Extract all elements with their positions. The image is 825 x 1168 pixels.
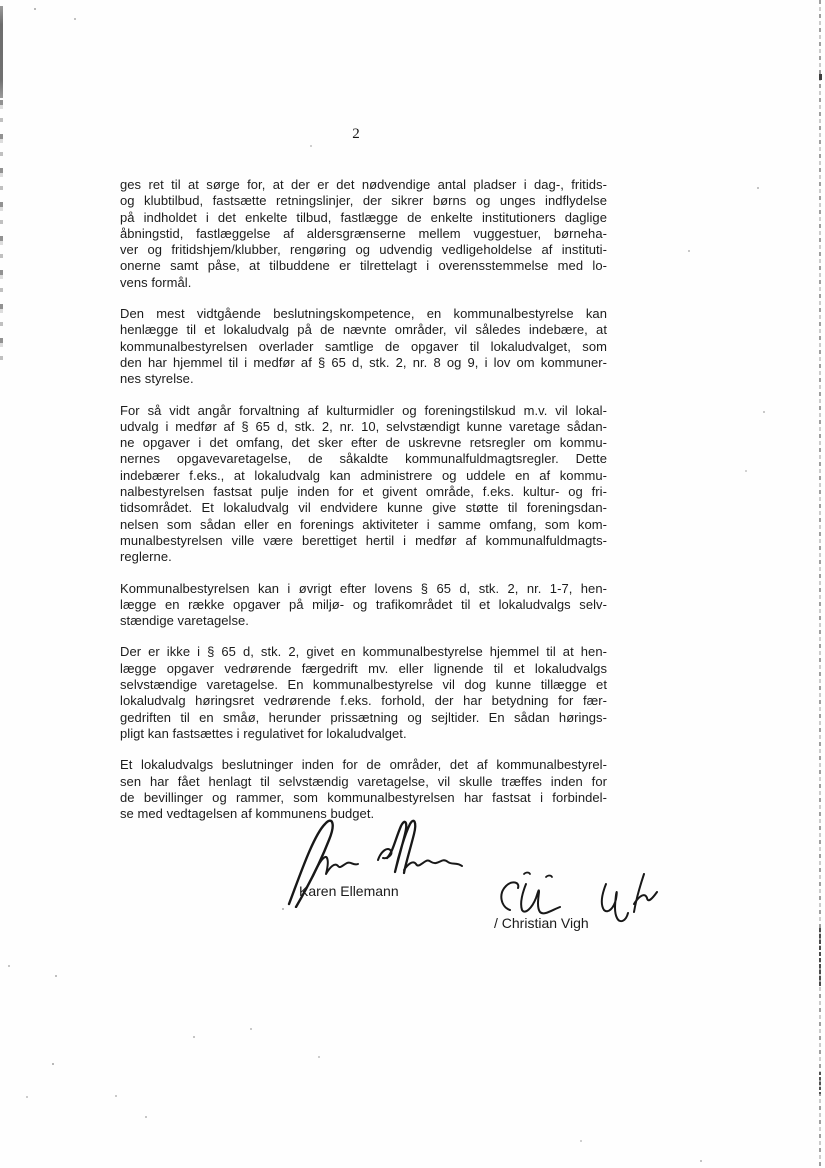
text-line: ne opgaver i det omfang, det sker efter … <box>120 435 607 451</box>
page-number: 2 <box>0 126 712 143</box>
text-line: på indholdet i det enkelte tilbud, fastl… <box>120 210 607 226</box>
paragraph-6: Et lokaludvalgs beslutninger inden for d… <box>120 757 607 822</box>
text-line: pligt kan fastsættes i regulativet for l… <box>120 726 607 742</box>
scan-speckles <box>0 0 2 2</box>
text-line: henlægge til et lokaludvalg på de nævnte… <box>120 322 607 338</box>
scan-artifact-left-edge <box>0 6 3 98</box>
text-line: den har hjemmel til i medfør af § 65 d, … <box>120 355 607 371</box>
text-line: vens formål. <box>120 275 607 291</box>
text-line: selvstændige varetagelse. En kommunalbes… <box>120 677 607 693</box>
signature-name-christian-vigh: / Christian Vigh <box>494 915 589 931</box>
text-line: ver og fritidshjem/klubber, rengøring og… <box>120 242 607 258</box>
text-line: indebærer f.eks., at lokaludvalg kan adm… <box>120 468 607 484</box>
text-line: udvalg i medfør af § 65 d, stk. 2, nr. 1… <box>120 419 607 435</box>
text-line: lægge en række opgaver på miljø- og traf… <box>120 597 607 613</box>
text-line: Den mest vidtgående beslutningskompetenc… <box>120 306 607 322</box>
text-line: kommunalbestyrelsen overlader samtlige d… <box>120 339 607 355</box>
scan-artifact-right-edge <box>819 0 821 1168</box>
text-line: nernes opgavevaretagelse, de såkaldte ko… <box>120 451 607 467</box>
text-line: sen har fået henlagt til selvstændig var… <box>120 774 607 790</box>
text-line: munalbestyrelsen ville være berettiget h… <box>120 533 607 549</box>
text-line: Der er ikke i § 65 d, stk. 2, givet en k… <box>120 644 607 660</box>
body-text: ges ret til at sørge for, at der er det … <box>120 177 607 837</box>
text-line: reglerne. <box>120 549 607 565</box>
text-line: ges ret til at sørge for, at der er det … <box>120 177 607 193</box>
text-line: nalbestyrelsen fastsat pulje inden for e… <box>120 484 607 500</box>
scan-artifact-right-mark <box>819 928 821 988</box>
scan-artifact-right-mark <box>819 1072 821 1094</box>
text-line: stændige varetagelse. <box>120 613 607 629</box>
paragraph-2: Den mest vidtgående beslutningskompetenc… <box>120 306 607 387</box>
text-line: Et lokaludvalgs beslutninger inden for d… <box>120 757 607 773</box>
paragraph-4: Kommunalbestyrelsen kan i øvrigt efter l… <box>120 581 607 630</box>
scanned-document-page: 2 ges ret til at sørge for, at der er de… <box>0 0 825 1168</box>
paragraph-5: Der er ikke i § 65 d, stk. 2, givet en k… <box>120 644 607 742</box>
text-line: onerne samt påse, at tilbuddene er tilre… <box>120 258 607 274</box>
text-line: nes styrelse. <box>120 371 607 387</box>
text-line: lægge opgaver vedrørende færgedrift mv. … <box>120 661 607 677</box>
text-line: de bevillinger og rammer, som kommunalbe… <box>120 790 607 806</box>
text-line: åbningstid, fastlæggelse af aldersgrænse… <box>120 226 607 242</box>
text-line: For så vidt angår forvaltning af kulturm… <box>120 403 607 419</box>
text-line: lokaludvalg høringsret vedrørende f.eks.… <box>120 693 607 709</box>
paragraph-3: For så vidt angår forvaltning af kulturm… <box>120 403 607 566</box>
text-line: nelsen som sådan eller en forenings akti… <box>120 517 607 533</box>
paragraph-1: ges ret til at sørge for, at der er det … <box>120 177 607 291</box>
signature-name-karen-ellemann: Karen Ellemann <box>299 883 399 899</box>
scan-artifact-right-mark <box>819 74 822 80</box>
text-line: tidsområdet. Et lokaludvalg vil endvider… <box>120 500 607 516</box>
text-line: Kommunalbestyrelsen kan i øvrigt efter l… <box>120 581 607 597</box>
text-line: gedriften til en småø, herunder prissætn… <box>120 710 607 726</box>
text-line: og klubtilbud, fastsætte retningslinjer,… <box>120 193 607 209</box>
